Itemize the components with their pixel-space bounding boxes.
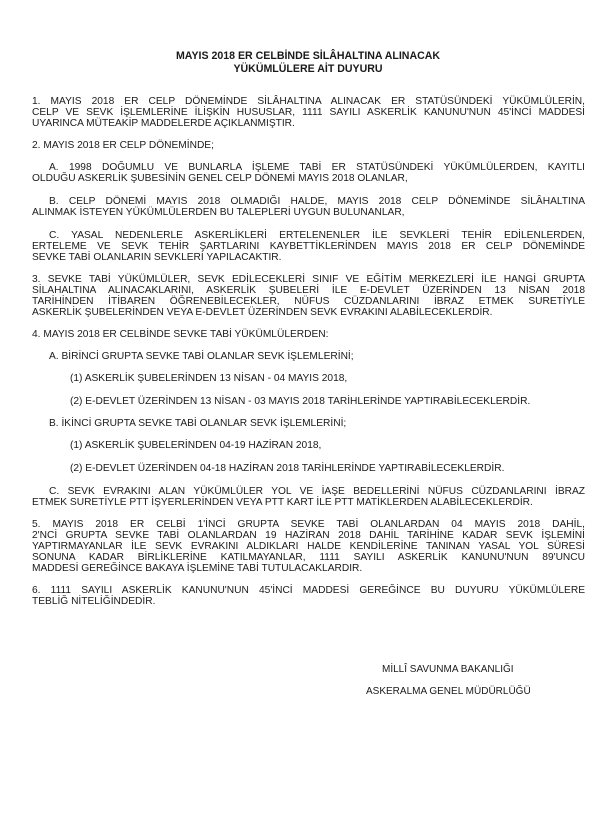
paragraph-2a-line: OLDUĞU ASKERLİK ŞUBESİNİN GENEL CELP DÖN… xyxy=(32,173,408,185)
paragraph-4b-heading: B. İKİNCİ GRUPTA SEVKE TABİ OLANLAR SEVK… xyxy=(49,418,346,430)
document-title-line2: YÜKÜMLÜLERE AİT DUYURU xyxy=(0,63,616,75)
paragraph-4b-item-1: (1) ASKERLİK ŞUBELERİNDEN 04-19 HAZİRAN … xyxy=(70,440,321,452)
signature-directorate: ASKERALMA GENEL MÜDÜRLÜĞÜ xyxy=(366,686,531,697)
signature-ministry: MİLLÎ SAVUNMA BAKANLIĞI xyxy=(382,664,514,675)
paragraph-2b-line: ALINMAK İSTEYEN YÜKÜMLÜLERDEN BU TALEPLE… xyxy=(32,207,405,219)
paragraph-6-line: TEBLİĞ NİTELİĞİNDEDİR. xyxy=(32,596,155,608)
announcement-document: MAYIS 2018 ER CELBİNDE SİLÂHALTINA ALINA… xyxy=(0,0,616,818)
paragraph-4-heading: 4. MAYIS 2018 ER CELBİNDE SEVKE TABİ YÜK… xyxy=(32,329,329,341)
paragraph-4a-item-1: (1) ASKERLİK ŞUBELERİNDEN 13 NİSAN - 04 … xyxy=(70,373,347,385)
paragraph-5-line: MADDESİ GEREĞİNCE BAKAYA İŞLEMİNE TABİ T… xyxy=(32,563,362,575)
paragraph-4a-heading: A. BİRİNCİ GRUPTA SEVKE TABİ OLANLAR SEV… xyxy=(49,351,354,363)
paragraph-4b-item-2: (2) E-DEVLET ÜZERİNDEN 04-18 HAZİRAN 201… xyxy=(70,463,504,475)
paragraph-1-line: UYARINCA MÜTEAKİP MADDELERDE AÇIKLANMIŞT… xyxy=(32,118,295,130)
paragraph-4a-item-2: (2) E-DEVLET ÜZERİNDEN 13 NİSAN - 03 MAY… xyxy=(70,396,530,408)
paragraph-3-line: ASKERLİK ŞUBELERİNDEN VEYA E-DEVLET ÜZER… xyxy=(32,307,492,319)
document-title-line1: MAYIS 2018 ER CELBİNDE SİLÂHALTINA ALINA… xyxy=(0,50,616,62)
paragraph-4c-line: ETMEK SURETİYLE PTT İŞYERLERİNDEN VEYA P… xyxy=(32,497,533,509)
paragraph-2-heading: 2. MAYIS 2018 ER CELP DÖNEMİNDE; xyxy=(32,140,214,152)
paragraph-2c-line: SEVKE TABİ OLANLARIN SEVKLERİ YAPILACAKT… xyxy=(32,252,282,264)
